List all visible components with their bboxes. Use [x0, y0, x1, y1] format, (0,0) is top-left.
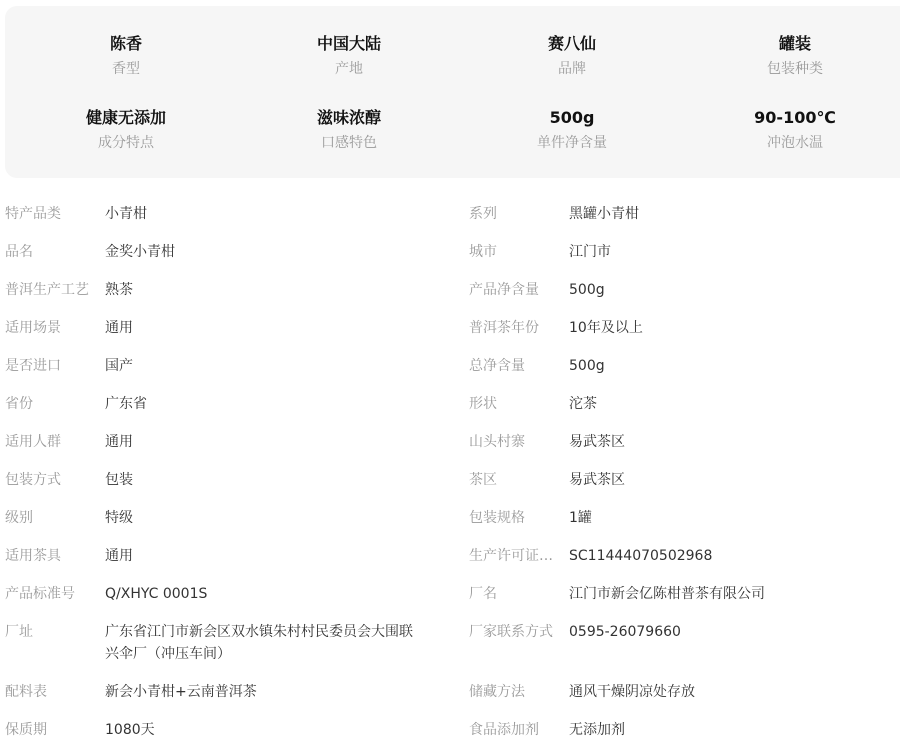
summary-value: 罐装: [695, 33, 895, 55]
attribute-label: 普洱茶年份: [469, 317, 559, 339]
attribute-label: 适用场景: [5, 317, 95, 339]
summary-value: 陈香: [26, 33, 226, 55]
attribute-value: 0595-26079660: [569, 621, 889, 643]
attribute-label: 省份: [5, 393, 95, 415]
summary-value: 健康无添加: [26, 107, 226, 129]
summary-item-net-weight: 500g 单件净含量: [472, 107, 672, 153]
attribute-value: 广东省: [105, 393, 425, 415]
summary-item-taste: 滋味浓醇 口感特色: [249, 107, 449, 153]
summary-item-brand: 赛八仙 品牌: [472, 33, 672, 79]
attribute-label: 级别: [5, 507, 95, 529]
attribute-label: 厂址: [5, 621, 95, 643]
summary-label: 口感特色: [249, 133, 449, 153]
attribute-value: SC11444070502968: [569, 545, 889, 567]
attribute-label: 城市: [469, 241, 559, 263]
attribute-label: 特产品类: [5, 203, 95, 225]
attribute-label: 保质期: [5, 719, 95, 741]
attribute-label: 产品标准号: [5, 583, 95, 605]
attribute-value: 包装: [105, 469, 425, 491]
attribute-value: 通用: [105, 431, 425, 453]
attribute-value: 10年及以上: [569, 317, 889, 339]
summary-label: 单件净含量: [472, 133, 672, 153]
attribute-label: 系列: [469, 203, 559, 225]
attribute-label: 形状: [469, 393, 559, 415]
key-attributes-panel: 陈香 香型 中国大陆 产地 赛八仙 品牌 罐装 包装种类 健康无添加 成分特点 …: [5, 6, 900, 178]
attribute-value: 江门市: [569, 241, 889, 263]
summary-label: 冲泡水温: [695, 133, 895, 153]
summary-item-aroma: 陈香 香型: [26, 33, 226, 79]
summary-label: 香型: [26, 59, 226, 79]
attribute-label: 配料表: [5, 681, 95, 703]
attribute-value: 通用: [105, 545, 425, 567]
attribute-value: 广东省江门市新会区双水镇朱村村民委员会大围联兴伞厂（冲压车间）: [105, 621, 423, 665]
attribute-value: 1罐: [569, 507, 889, 529]
attribute-label: 包装方式: [5, 469, 95, 491]
attribute-value: 1080天: [105, 719, 425, 741]
attribute-label: 是否进口: [5, 355, 95, 377]
attribute-value: 易武茶区: [569, 431, 889, 453]
summary-item-ingredient-feature: 健康无添加 成分特点: [26, 107, 226, 153]
attribute-label: 茶区: [469, 469, 559, 491]
attribute-value: 易武茶区: [569, 469, 889, 491]
attribute-label: 包装规格: [469, 507, 559, 529]
attribute-label: 厂家联系方式: [469, 621, 559, 643]
summary-value: 500g: [472, 107, 672, 129]
summary-value: 滋味浓醇: [249, 107, 449, 129]
attribute-label: 山头村寨: [469, 431, 559, 453]
summary-item-origin: 中国大陆 产地: [249, 33, 449, 79]
attribute-value: 特级: [105, 507, 425, 529]
attribute-value: 熟茶: [105, 279, 425, 301]
attribute-value: 通风干燥阴凉处存放: [569, 681, 889, 703]
attribute-value: 新会小青柑+云南普洱茶: [105, 681, 425, 703]
attribute-label: 普洱生产工艺: [5, 279, 95, 301]
attribute-value: 沱茶: [569, 393, 889, 415]
attribute-value: 通用: [105, 317, 425, 339]
attribute-value: 江门市新会亿陈柑普茶有限公司: [569, 583, 889, 605]
attribute-value: 500g: [569, 355, 889, 377]
summary-label: 产地: [249, 59, 449, 79]
summary-label: 成分特点: [26, 133, 226, 153]
attribute-label: 适用茶具: [5, 545, 95, 567]
attribute-label: 产品净含量: [469, 279, 559, 301]
summary-value: 赛八仙: [472, 33, 672, 55]
attribute-label: 储藏方法: [469, 681, 559, 703]
attribute-label: 厂名: [469, 583, 559, 605]
attribute-value: 小青柑: [105, 203, 425, 225]
attribute-value: Q/XHYC 0001S: [105, 583, 425, 605]
summary-label: 包装种类: [695, 59, 895, 79]
summary-label: 品牌: [472, 59, 672, 79]
attribute-label: 食品添加剂: [469, 719, 559, 741]
attribute-label: 品名: [5, 241, 95, 263]
summary-item-package-type: 罐装 包装种类: [695, 33, 895, 79]
attribute-value: 黑罐小青柑: [569, 203, 889, 225]
attribute-value: 金奖小青柑: [105, 241, 425, 263]
attribute-label: 总净含量: [469, 355, 559, 377]
attribute-label: 生产许可证…: [469, 545, 559, 567]
attribute-value: 无添加剂: [569, 719, 889, 741]
attribute-value: 国产: [105, 355, 425, 377]
attribute-value: 500g: [569, 279, 889, 301]
attribute-label: 适用人群: [5, 431, 95, 453]
summary-value: 90-100℃: [695, 107, 895, 129]
summary-item-brew-temp: 90-100℃ 冲泡水温: [695, 107, 895, 153]
summary-value: 中国大陆: [249, 33, 449, 55]
